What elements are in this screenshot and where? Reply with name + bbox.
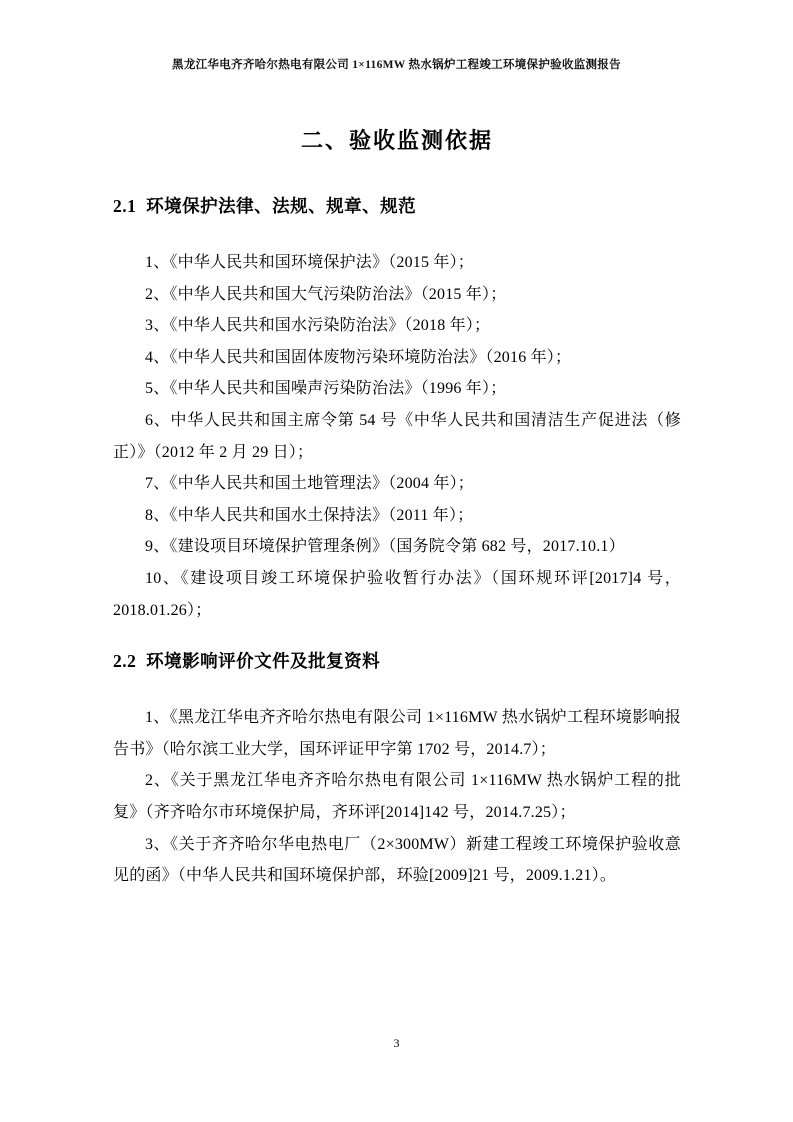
legal-item-9: 9、《建设项目环境保护管理条例》（国务院令第 682 号，2017.10.1） bbox=[113, 531, 681, 563]
section-heading-2-2: 2.2 环境影响评价文件及批复资料 bbox=[113, 648, 681, 674]
eia-item-1: 1、《黑龙江华电齐齐哈尔热电有限公司 1×116MW 热水锅炉工程环境影响报告书… bbox=[113, 702, 681, 765]
legal-item-6: 6、中华人民共和国主席令第 54 号《中华人民共和国清洁生产促进法（修正）》（2… bbox=[113, 405, 681, 468]
legal-item-2: 2、《中华人民共和国大气污染防治法》（2015 年）； bbox=[113, 279, 681, 311]
legal-item-10: 10、《建设项目竣工环境保护验收暂行办法》（国环规环评[2017]4 号，201… bbox=[113, 563, 681, 626]
legal-item-3: 3、《中华人民共和国水污染防治法》（2018 年）； bbox=[113, 310, 681, 342]
legal-item-1: 1、《中华人民共和国环境保护法》（2015 年）； bbox=[113, 247, 681, 279]
legal-item-4: 4、《中华人民共和国固体废物污染环境防治法》（2016 年）； bbox=[113, 342, 681, 374]
page-number: 3 bbox=[0, 1036, 793, 1051]
legal-item-5: 5、《中华人民共和国噪声污染防治法》（1996 年）； bbox=[113, 373, 681, 405]
legal-item-7: 7、《中华人民共和国土地管理法》（2004 年）； bbox=[113, 468, 681, 500]
legal-item-8: 8、《中华人民共和国水土保持法》（2011 年）； bbox=[113, 500, 681, 532]
document-body: 二、验收监测依据 2.1 环境保护法律、法规、规章、规范 1、《中华人民共和国环… bbox=[113, 126, 681, 892]
eia-item-3: 3、《关于齐齐哈尔华电热电厂（2×300MW）新建工程竣工环境保护验收意见的函》… bbox=[113, 829, 681, 892]
eia-item-2: 2、《关于黑龙江华电齐齐哈尔热电有限公司 1×116MW 热水锅炉工程的批复》（… bbox=[113, 765, 681, 828]
document-page: 黑龙江华电齐齐哈尔热电有限公司 1×116MW 热水锅炉工程竣工环境保护验收监测… bbox=[0, 0, 793, 1122]
chapter-title: 二、验收监测依据 bbox=[113, 126, 681, 156]
section-heading-2-1: 2.1 环境保护法律、法规、规章、规范 bbox=[113, 193, 681, 219]
running-header: 黑龙江华电齐齐哈尔热电有限公司 1×116MW 热水锅炉工程竣工环境保护验收监测… bbox=[0, 56, 793, 72]
